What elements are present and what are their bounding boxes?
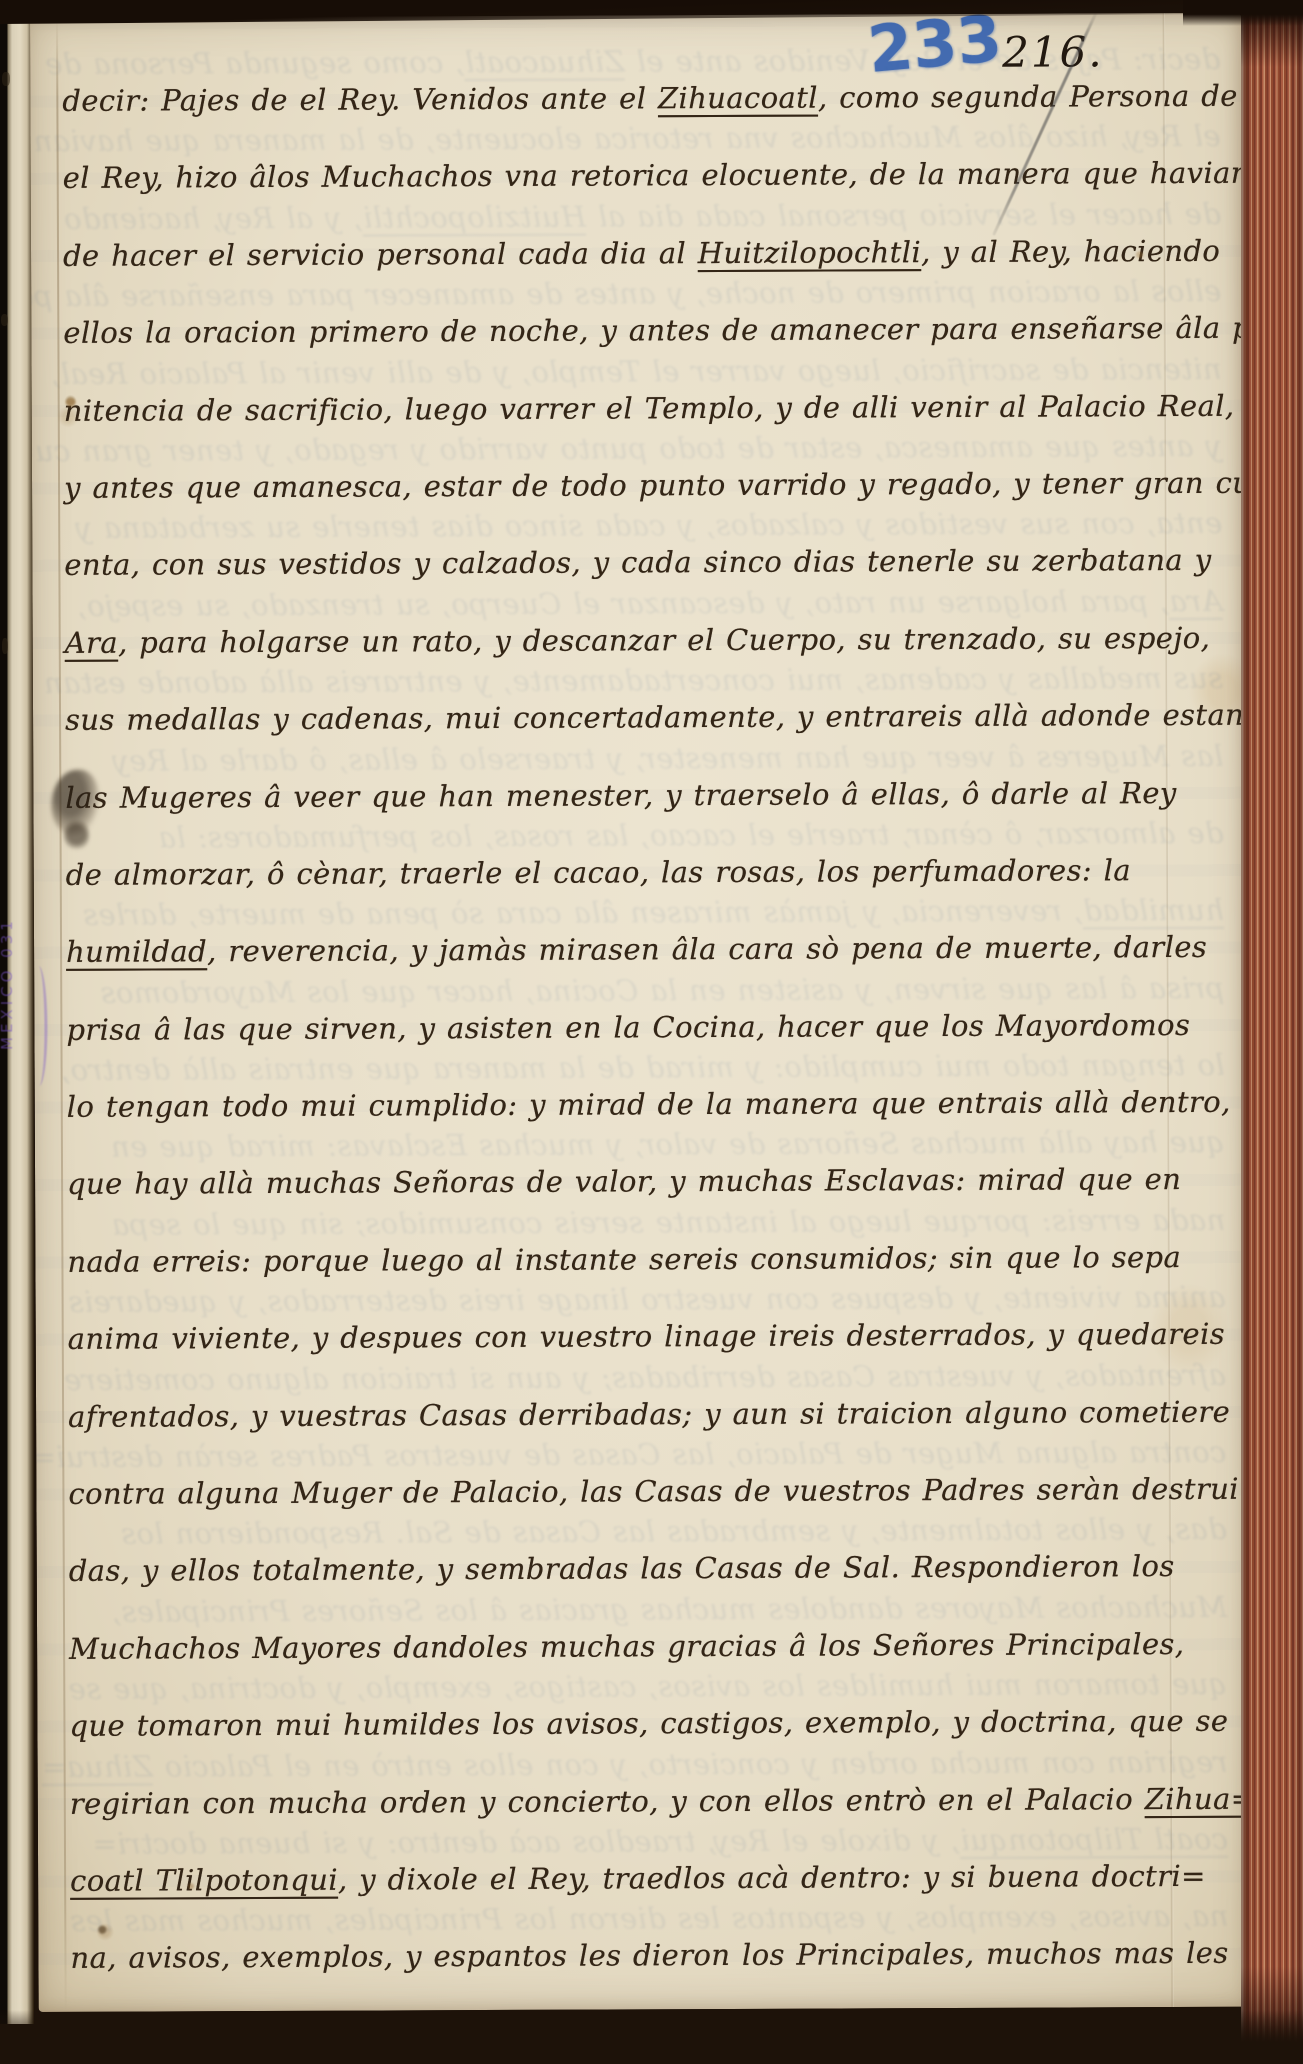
manuscript-page: decir: Pajes de el Rey. Venidos ante el … bbox=[30, 13, 1253, 2012]
manuscript-line: nitencia de sacrificio, luego varrer el … bbox=[64, 367, 1224, 449]
photo-bottom-edge bbox=[0, 2010, 1303, 2064]
folio-number-blue: 233 bbox=[865, 13, 1005, 88]
neighbor-ink-fragment bbox=[2, 72, 10, 86]
manuscript-line: que tomaron mui humildes los avisos, cas… bbox=[69, 1683, 1229, 1765]
folio-number-ink: 216. bbox=[1002, 27, 1104, 76]
manuscript-line: que hay allà muchas Señoras de valor, y … bbox=[67, 1141, 1227, 1223]
manuscript-line: prisa â las que sirven, y asisten en la … bbox=[66, 986, 1226, 1068]
manuscript-line: y antes que amanesca, estar de todo punt… bbox=[64, 445, 1224, 527]
manuscript-line: Ara, para holgarse un rato, y descanzar … bbox=[65, 600, 1225, 682]
manuscript-line: las Mugeres â veer que han menester, y t… bbox=[65, 754, 1225, 836]
archive-stamp: MEXICO 031 bbox=[0, 850, 28, 1050]
manuscript-line: nada erreis: porque luego al instante se… bbox=[67, 1219, 1227, 1301]
foxing-spot bbox=[1136, 251, 1143, 258]
book-fore-edge bbox=[1241, 6, 1303, 2048]
foxing-spot bbox=[98, 1926, 106, 1934]
manuscript-line: das, y ellos totalmente, y sembradas las… bbox=[69, 1528, 1229, 1610]
manuscript-line: ellos la oracion primero de noche, y ant… bbox=[63, 290, 1223, 372]
manuscript-line: sus medallas y cadenas, mui concertadame… bbox=[65, 677, 1225, 759]
manuscript-line: lo tengan todo mui cumplido: y mirad de … bbox=[67, 1064, 1227, 1146]
manuscript-line: anima viviente, y despues con vuestro li… bbox=[68, 1296, 1228, 1378]
manuscript-line: regirian con mucha orden y concierto, y … bbox=[70, 1760, 1230, 1842]
manuscript-line: contra alguna Muger de Palacio, las Casa… bbox=[68, 1451, 1228, 1533]
manuscript-line: afrentados, y vuestras Casas derribadas;… bbox=[68, 1373, 1228, 1455]
manuscript-line: coatl Tlilpotonqui, y dixole el Rey, tra… bbox=[70, 1838, 1230, 1920]
manuscript-line: el Rey, hizo âlos Muchachos vna retorica… bbox=[63, 135, 1223, 217]
adjacent-page-edge: MEXICO 031 bbox=[0, 14, 34, 2024]
foxing-spot bbox=[188, 1883, 194, 1889]
manuscript-line: humildad, reverencia, y jamàs mirasen âl… bbox=[66, 909, 1226, 991]
neighbor-ink-fragment bbox=[2, 638, 8, 654]
manuscript-line: de almorzar, ô cènar, traerle el cacao, … bbox=[66, 832, 1226, 914]
manuscript-line: na, avisos, exemplos, y espantos les die… bbox=[70, 1915, 1230, 1997]
manuscript-photo: { "header": { "folio_blue": "233", "foli… bbox=[0, 0, 1303, 2064]
manuscript-text: decir: Pajes de el Rey. Venidos ante el … bbox=[62, 58, 1230, 1998]
manuscript-line: enta, con sus vestidos y calzados, y cad… bbox=[64, 522, 1224, 604]
foxing-spot bbox=[66, 398, 76, 407]
manuscript-line: Muchachos Mayores dandoles muchas gracia… bbox=[69, 1606, 1229, 1688]
neighbor-ink-fragment bbox=[1, 314, 8, 326]
manuscript-line: de hacer el servicio personal cada dia a… bbox=[63, 213, 1223, 295]
ink-blot bbox=[63, 818, 89, 852]
